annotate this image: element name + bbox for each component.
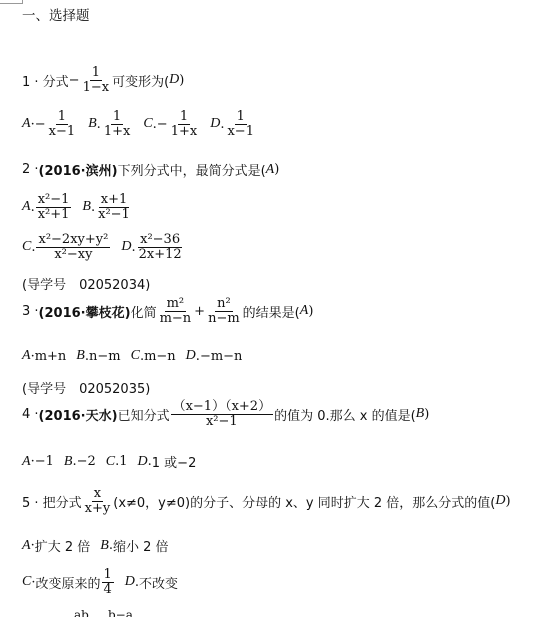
page-corner-mark: [0, 0, 23, 4]
question-3-stem: 3 · (2016·攀枝花) 化简 m²m−n + n²n−m 的结果是(A): [22, 297, 313, 325]
cutoff-text-b: b−a: [108, 608, 133, 617]
question-5-options-cd: C · 改变原来的 14 D. 不改变: [22, 568, 178, 596]
q4-source: (2016·天水): [39, 405, 118, 424]
q1-answer: D: [169, 72, 179, 88]
q1-option-c-label: C: [143, 116, 152, 132]
q1-option-d: 1x−1: [225, 110, 256, 138]
q3-fraction-1: m²m−n: [158, 297, 194, 325]
cutoff-text-a: ab: [74, 608, 89, 617]
q2-option-a: x²−1x²+1: [36, 193, 72, 221]
q1-option-c: 11+x: [169, 110, 200, 138]
q3-guide-number: (导学号 02052035): [22, 378, 150, 397]
question-5-stem: 5 · 把分式 xx+y (x≠0，y≠0)的分子、分母的 x、y 同时扩大 2…: [22, 487, 511, 515]
question-3-options: A · m+n B. n−m C. m−n D. −m−n: [22, 348, 242, 364]
q3-fraction-2: n²n−m: [206, 297, 242, 325]
question-4-options: A · −1 B. −2 C. 1 D. 1 或−2: [22, 452, 196, 471]
question-1-stem: 1 · 分式 − 1 1−x 可变形为(D): [22, 66, 184, 94]
q5-fraction: xx+y: [83, 487, 113, 515]
section-title: 一、选择题: [22, 4, 90, 24]
q5-option-c-fraction: 14: [102, 568, 114, 596]
q1-option-a-label: A: [22, 116, 31, 132]
question-5-options-ab: A · 扩大 2 倍 B. 缩小 2 倍: [22, 536, 169, 555]
q1-option-d-label: D: [210, 116, 220, 132]
q4-answer: B: [416, 406, 425, 422]
q3-answer: A: [300, 303, 309, 319]
q1-option-b-label: B: [88, 116, 97, 132]
q2-answer: A: [266, 162, 275, 178]
q5-answer: D: [495, 493, 505, 509]
q1-option-b: 11+x: [102, 110, 133, 138]
question-1-options: A · − 1x−1 B. 11+x C. − 11+x D. 1x−1: [22, 110, 257, 138]
question-2-options-ab: A. x²−1x²+1 B. x+1x²−1: [22, 193, 133, 221]
q3-source: (2016·攀枝花): [39, 302, 131, 321]
q2-option-b: x+1x²−1: [96, 193, 132, 221]
q1-fraction: 1 1−x: [81, 66, 112, 94]
question-4-stem: 4 · (2016·天水) 已知分式 （x−1）（x+2）x²−1 的值为 0.…: [22, 400, 429, 428]
q4-fraction: （x−1）（x+2）x²−1: [171, 400, 274, 428]
q2-option-d: x²−362x+12: [137, 233, 184, 261]
question-2-options-cd: C. x²−2xy+y²x²−xy D. x²−362x+12: [22, 233, 185, 261]
q2-option-c: x²−2xy+y²x²−xy: [36, 233, 110, 261]
q1-prefix: 1 · 分式: [22, 71, 69, 90]
q2-guide-number: (导学号 02052034): [22, 274, 150, 293]
q1-sign: −: [69, 73, 80, 88]
question-2-stem: 2 · (2016·滨州) 下列分式中，最简分式是(A): [22, 160, 279, 179]
q2-source: (2016·滨州): [39, 160, 118, 179]
q1-option-a: 1x−1: [47, 110, 78, 138]
